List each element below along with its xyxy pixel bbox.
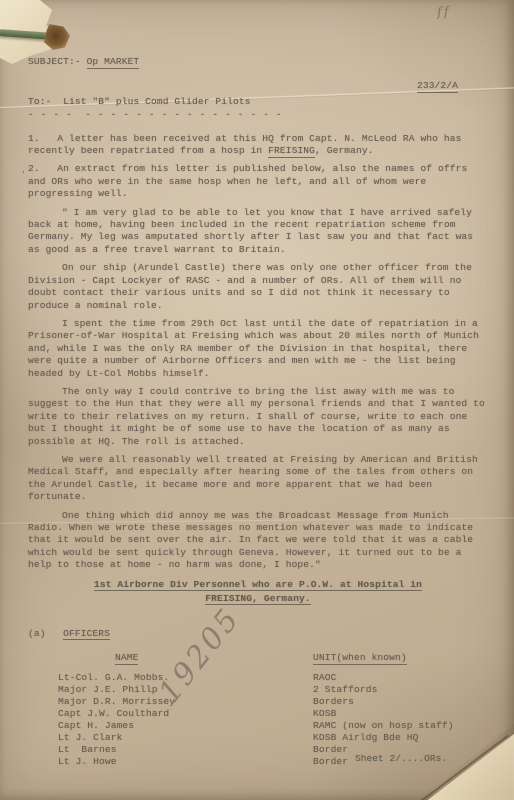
reference-number: 233/2/A — [28, 80, 458, 92]
paragraph-text: I spent the time from 29th Oct last unti… — [28, 318, 479, 379]
paragraph-text: An extract from his letter is published … — [28, 163, 467, 199]
letter-paragraph: The only way I could contrive to bring t… — [28, 386, 488, 448]
officer-unit: RAMC (now on hosp staff) — [313, 720, 454, 732]
pencil-tick-mark: ' — [22, 170, 25, 181]
officer-unit: 2 Staffords — [313, 684, 377, 696]
roster-row: Lt J. ClarkKOSB Airldg Bde HQ — [28, 732, 488, 744]
numbered-paragraph: 2. An extract from his letter is publish… — [28, 163, 488, 200]
subject-label: SUBJECT:- — [28, 56, 87, 67]
roster-heading-line1: 1st Airborne Div Personnel who are P.O.W… — [94, 579, 422, 592]
column-header-unit: UNIT(when known) — [313, 652, 407, 665]
roster-row: Capt J.W. CoulthardKOSB — [28, 708, 488, 720]
addressee-underline-dashes: - - - - - - - - - - - - - - - - - - - - — [28, 109, 488, 121]
paragraph-text: On our ship (Arundel Castle) there was o… — [28, 262, 472, 310]
paragraph-text: A letter has been received at this HQ fr… — [28, 133, 461, 156]
letter-paragraph: One thing which did annoy me was the Bro… — [28, 510, 488, 572]
letter-paragraph: " I am very glad to be able to let you k… — [28, 207, 488, 257]
pencil-mark-top-right: ff — [436, 5, 451, 21]
document-content: SUBJECT:- Op MARKET 233/2/A To:- List "B… — [28, 56, 488, 768]
officer-unit: Border — [313, 756, 348, 768]
paragraph-text: One thing which did annoy me was the Bro… — [28, 510, 473, 571]
letter-paragraph: On our ship (Arundel Castle) there was o… — [28, 262, 488, 312]
paragraph-number: 1. — [28, 133, 57, 144]
officer-unit: KOSB — [313, 708, 336, 720]
officer-name: Lt Barnes — [58, 744, 313, 756]
addressee-line: To:- List "B" plus Comd Glider Pilots — [28, 96, 488, 108]
officer-name: Lt J. Howe — [58, 756, 313, 768]
section-label: (a) — [28, 628, 63, 639]
subject-value: Op MARKET — [87, 56, 140, 69]
subject-line: SUBJECT:- Op MARKET — [28, 56, 488, 68]
section-title: OFFICERS — [63, 628, 110, 641]
column-header-name: NAME — [115, 652, 138, 665]
officer-name: Lt J. Clark — [58, 732, 313, 744]
letter-paragraph: We were all reasonably well treated at F… — [28, 454, 488, 504]
roster-column-headers: NAME UNIT(when known) — [28, 652, 488, 664]
officer-unit: Border — [313, 744, 348, 756]
officer-name: Capt J.W. Coulthard — [58, 708, 313, 720]
paragraph-text: FREISING — [268, 145, 315, 158]
sheet-continuation-note: Sheet 2/....ORs. — [355, 753, 447, 764]
officer-unit: Borders — [313, 696, 354, 708]
letter-paragraph: I spent the time from 29th Oct last unti… — [28, 318, 488, 380]
paragraph-text: We were all reasonably well treated at F… — [28, 454, 478, 502]
paragraph-text: The only way I could contrive to bring t… — [28, 386, 485, 447]
roster-row: Lt-Col. G.A. Mobbs.RAOC — [28, 672, 488, 684]
roster-row: Major J.E. Phillp2 Staffords — [28, 684, 488, 696]
officer-unit: KOSB Airldg Bde HQ — [313, 732, 418, 744]
roster-heading: 1st Airborne Div Personnel who are P.O.W… — [28, 578, 488, 606]
numbered-paragraph: 1. A letter has been received at this HQ… — [28, 133, 488, 158]
officer-unit: RAOC — [313, 672, 336, 684]
section-officers: (a) OFFICERS — [28, 628, 488, 640]
paragraph-number: 2. — [28, 163, 57, 174]
roster-row: Major D.R. MorrisseyBorders — [28, 696, 488, 708]
letter-body: 1. A letter has been received at this HQ… — [28, 133, 488, 572]
paragraph-text: , Germany. — [315, 145, 374, 156]
officer-name: Capt H. James — [58, 720, 313, 732]
paragraph-text: " I am very glad to be able to let you k… — [28, 207, 473, 255]
scanned-document-page: SUBJECT:- Op MARKET 233/2/A To:- List "B… — [0, 0, 514, 800]
roster-row: Capt H. JamesRAMC (now on hosp staff) — [28, 720, 488, 732]
